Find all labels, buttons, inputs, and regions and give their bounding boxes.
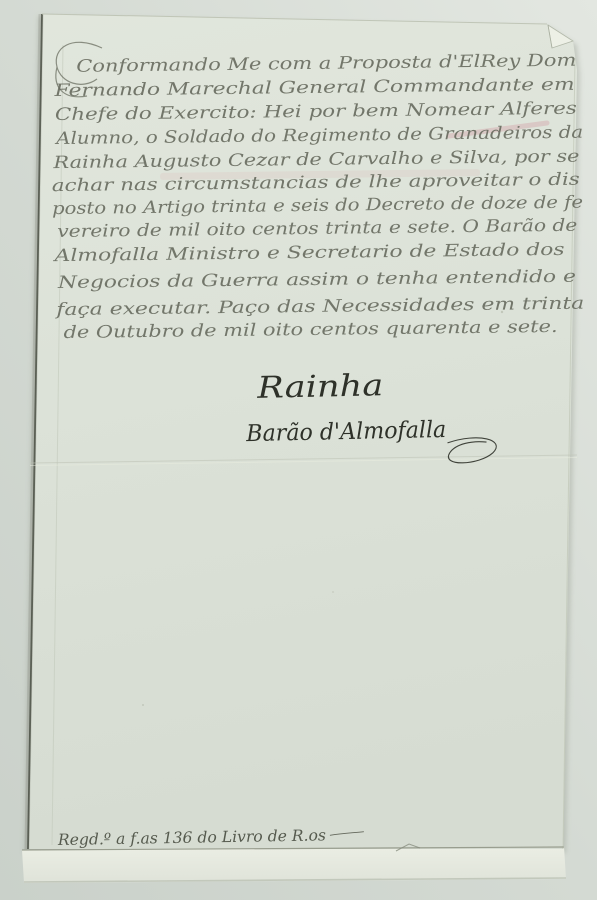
manuscript-photo: Conformando Me com a Proposta d'ElRey Do…	[0, 0, 597, 900]
paper-speck	[332, 591, 334, 593]
queen-signature: Rainha	[256, 368, 384, 406]
paper-fold-strip	[22, 846, 566, 883]
document-photo-canvas: Conformando Me com a Proposta d'ElRey Do…	[0, 0, 597, 900]
minister-signature: Barão d'Almofalla	[245, 417, 446, 447]
paper-speck	[142, 704, 144, 706]
